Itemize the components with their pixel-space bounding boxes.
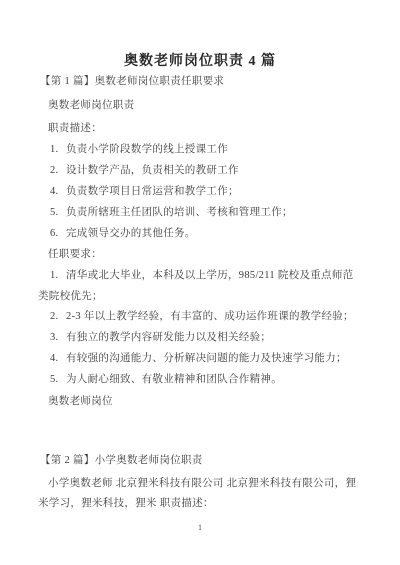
requirement-text: 有独立的教学内容研发能力以及相关经验； bbox=[66, 332, 271, 343]
requirement-number: 5. bbox=[50, 374, 66, 386]
section-1-heading: 【第 1 篇】奥数老师岗位职责任职要求 bbox=[40, 76, 224, 88]
duty-number: 5. bbox=[50, 207, 66, 219]
duty-number: 2. bbox=[50, 165, 66, 177]
requirement-text: 清华或北大毕业，本科及以上学历，985/211 院校及重点师范 bbox=[66, 270, 353, 281]
requirement-text: 为人耐心细致、有敬业精神和团队合作精神。 bbox=[66, 374, 282, 385]
duty-item: 4.负责数学项目日常运营和教学工作； bbox=[50, 186, 239, 198]
requirement-item: 5.为人耐心细致、有敬业精神和团队合作精神。 bbox=[50, 374, 282, 386]
requirement-wrap-line: 类院校优先； bbox=[38, 291, 103, 303]
requirement-number: 1. bbox=[50, 270, 66, 282]
duty-number: 4. bbox=[50, 186, 66, 198]
duty-text: 负责小学阶段数学的线上授课工作 bbox=[66, 144, 228, 155]
section-2-heading: 【第 2 篇】小学奥数老师岗位职责 bbox=[40, 455, 203, 467]
section-1-subtitle: 奥数老师岗位职责 bbox=[48, 100, 134, 112]
requirement-item: 4.有较强的沟通能力、分析解决问题的能力及快速学习能力； bbox=[50, 353, 347, 365]
requirement-item: 2.2-3 年以上教学经验，有丰富的、成功运作班课的教学经验； bbox=[50, 311, 354, 323]
duty-number: 1. bbox=[50, 144, 66, 156]
company-intro-line-1: 小学奥数老师 北京狸米科技有限公司 北京狸米科技有限公司，狸 bbox=[48, 478, 356, 490]
duty-item: 6.完成领导交办的其他任务。 bbox=[50, 228, 196, 240]
requirement-text: 有较强的沟通能力、分析解决问题的能力及快速学习能力； bbox=[66, 353, 347, 364]
duties-label: 职责描述： bbox=[48, 123, 102, 135]
requirement-number: 2. bbox=[50, 311, 66, 323]
requirement-text: 2-3 年以上教学经验，有丰富的、成功运作班课的教学经验； bbox=[66, 311, 354, 322]
duty-text: 负责数学项目日常运营和教学工作； bbox=[66, 186, 239, 197]
duty-text: 设计数学产品，负责相关的教研工作 bbox=[66, 165, 239, 176]
duty-number: 6. bbox=[50, 228, 66, 240]
requirement-item: 3.有独立的教学内容研发能力以及相关经验； bbox=[50, 332, 271, 344]
duty-item: 1.负责小学阶段数学的线上授课工作 bbox=[50, 144, 228, 156]
section-1-closing: 奥数老师岗位 bbox=[48, 396, 113, 408]
document-page: 奥数老师岗位职责 4 篇 【第 1 篇】奥数老师岗位职责任职要求 奥数老师岗位职… bbox=[0, 0, 400, 565]
page-number: 1 bbox=[0, 522, 400, 532]
requirement-item: 1.清华或北大毕业，本科及以上学历，985/211 院校及重点师范 bbox=[50, 270, 353, 282]
company-intro-line-2: 米学习，狸米科技，狸米 职责描述： bbox=[38, 498, 214, 510]
doc-title: 奥数老师岗位职责 4 篇 bbox=[0, 50, 400, 70]
duty-text: 完成领导交办的其他任务。 bbox=[66, 228, 196, 239]
requirement-number: 3. bbox=[50, 332, 66, 344]
duty-item: 2.设计数学产品，负责相关的教研工作 bbox=[50, 165, 239, 177]
duty-item: 5.负责所辖班主任团队的培训、考核和管理工作； bbox=[50, 207, 293, 219]
requirement-number: 4. bbox=[50, 353, 66, 365]
requirements-label: 任职要求： bbox=[48, 249, 102, 261]
duty-text: 负责所辖班主任团队的培训、考核和管理工作； bbox=[66, 207, 293, 218]
